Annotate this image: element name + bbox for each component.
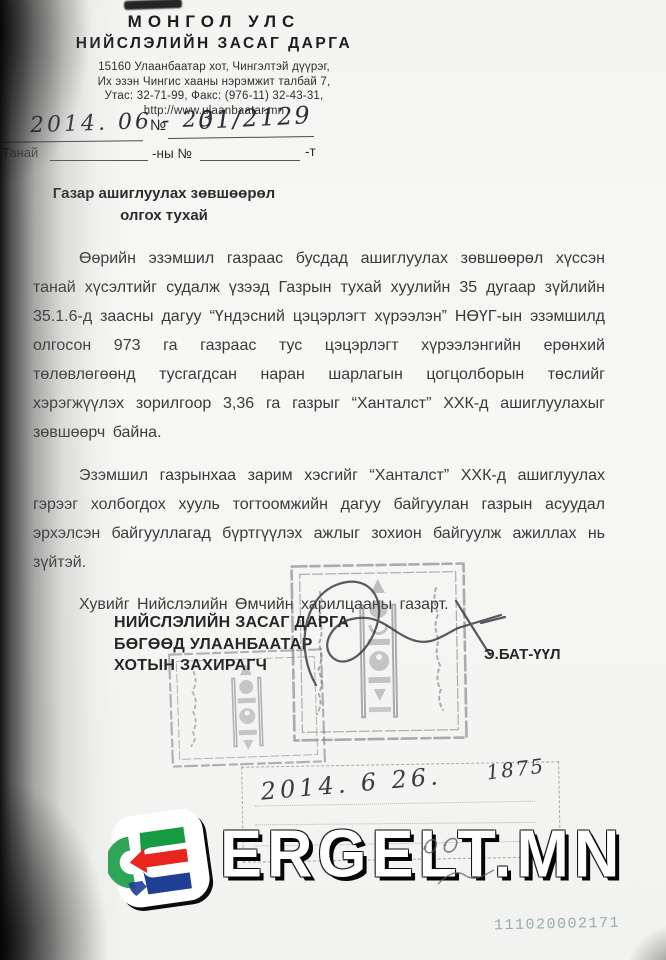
- address-line-1: 15160 Улаанбаатар хот, Чингэлтэй дүүрэг,: [18, 60, 410, 75]
- address-line-3: Утас: 32-71-99, Факс: (976-11) 32-43-31,: [18, 89, 410, 104]
- pen-scribble: [436, 866, 496, 890]
- recipient-middle-label: -ны №: [152, 146, 192, 161]
- number-sign-label: №: [150, 117, 166, 134]
- body-paragraph-2: Эзэмшил газрынхаа зарим хэсгийг “Ханталс…: [33, 461, 605, 577]
- address-line-2: Их эзэн Чингис хааны нэрэмжит талбай 7,: [18, 75, 410, 90]
- signer-name: Э.БАТ-ҮҮЛ: [484, 646, 561, 663]
- recipient-prefix-label: Танай: [2, 145, 38, 160]
- letterhead-office: НИЙСЛЭЛИЙН ЗАСАГ ДАРГА: [18, 35, 410, 53]
- subject-line-2: олгох тухай: [48, 205, 280, 227]
- signature-ink: [288, 573, 506, 701]
- letter-body: Өөрийн эзэмшил газраас бусдад ашиглуулах…: [33, 244, 605, 619]
- recipient-suffix-label: -т: [305, 144, 316, 159]
- ref-number-underline: [168, 136, 314, 139]
- handwritten-received-date: 2014. 6 26.: [260, 762, 443, 806]
- handwritten-received-number: 1875: [485, 753, 546, 784]
- ergelt-logo-icon: [108, 808, 218, 916]
- handwritten-ref-number: 01/2129: [197, 101, 312, 135]
- handwritten-date: 2014. 06 - 23: [30, 107, 217, 138]
- letterhead-country: МОНГОЛ УЛС: [18, 12, 410, 32]
- subject-line-1: Газар ашиглуулах зөвшөөрөл: [48, 183, 280, 205]
- recipient-blank-line-1: [50, 160, 148, 161]
- pen-scribble: [420, 834, 470, 860]
- letterhead: МОНГОЛ УЛС НИЙСЛЭЛИЙН ЗАСАГ ДАРГА 15160 …: [18, 12, 410, 118]
- subject-block: Газар ашиглуулах зөвшөөрөл олгох тухай: [48, 183, 280, 227]
- ink-smudge: [124, 0, 182, 10]
- serial-number: 111020002171: [494, 915, 620, 935]
- body-paragraph-1: Өөрийн эзэмшил газраас бусдад ашиглуулах…: [33, 244, 605, 447]
- scanned-letter-page: МОНГОЛ УЛС НИЙСЛЭЛИЙН ЗАСАГ ДАРГА 15160 …: [0, 0, 666, 960]
- recipient-blank-line-2: [200, 160, 300, 161]
- date-underline: [0, 140, 143, 142]
